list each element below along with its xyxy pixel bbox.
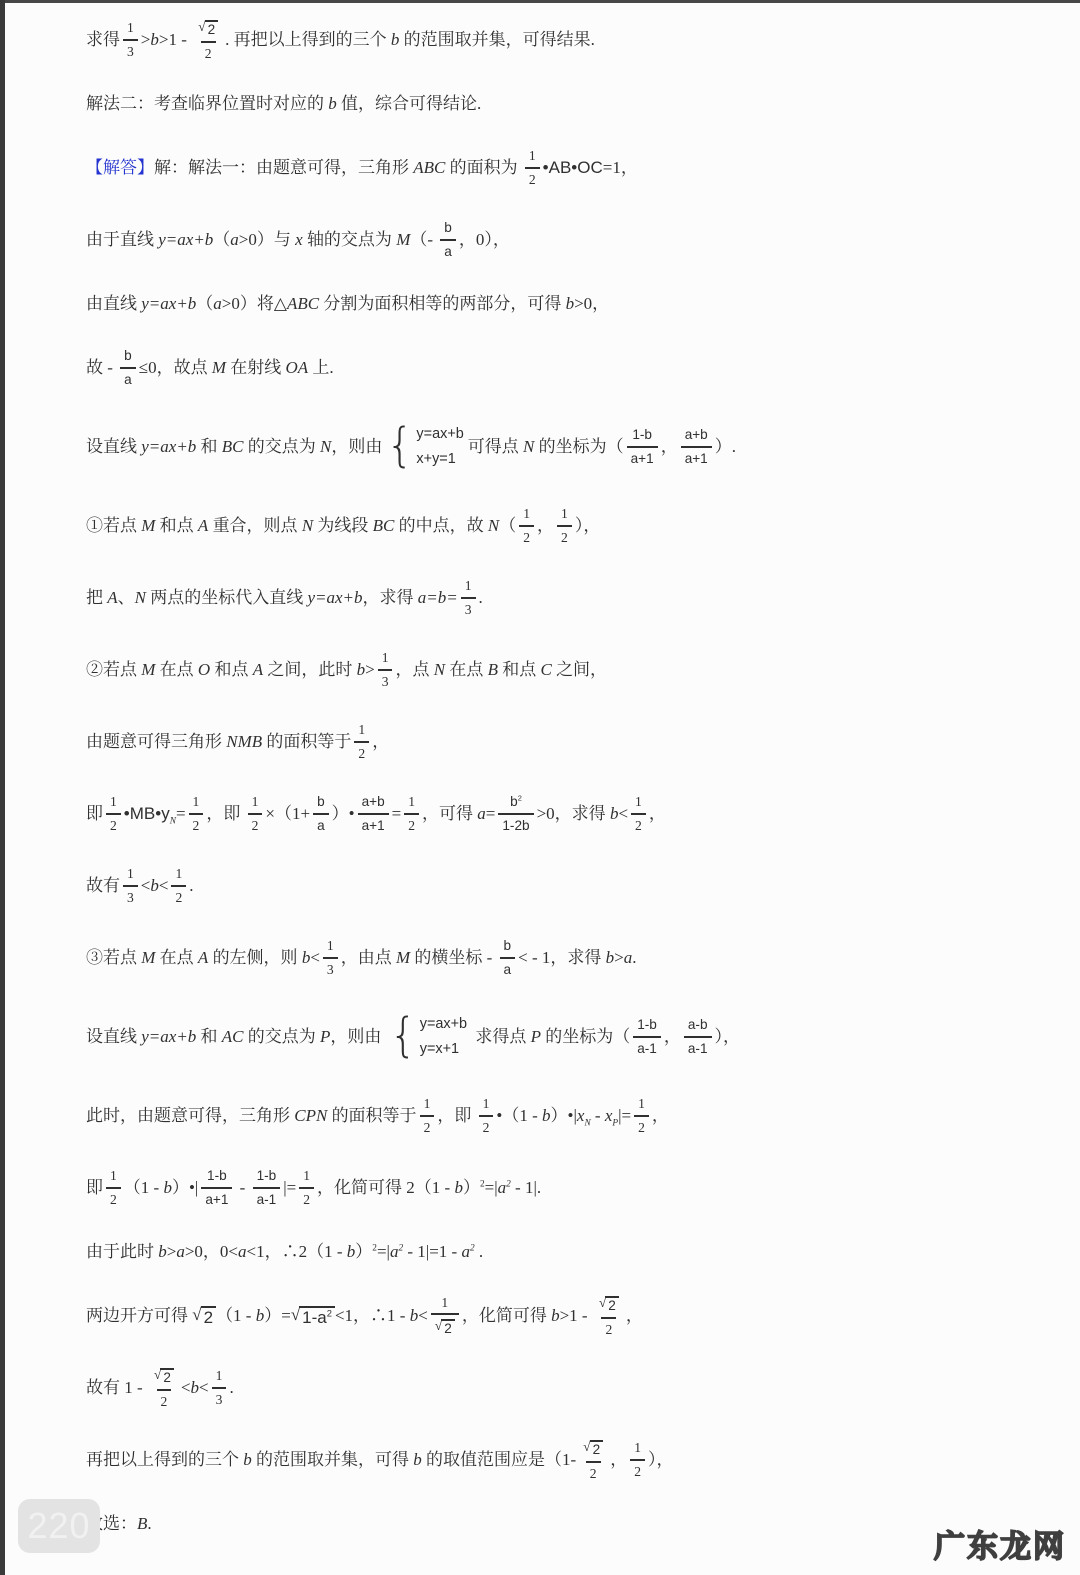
math-line-20: 故有 1 - √22<b<13. [0,1352,1080,1424]
math-line-14: ③若点 M 在点 A 的左侧，则 b<13，由点 M 的横坐标 - ba< - … [0,922,1080,994]
fraction: 13 [123,867,138,904]
math-line-17: 即12（1 - b）•|1-ba+1 - 1-ba-1|=12，化简可得 2（1… [0,1152,1080,1224]
fraction: 12 [106,1169,121,1206]
fraction: 12 [557,507,572,544]
fraction: 12 [106,795,121,832]
fraction: 13 [378,651,393,688]
equation-system: {y=ax+bx+y=1 [386,427,463,467]
fraction: 13 [123,21,138,58]
radical: √2 [599,1296,619,1313]
fraction: 12 [630,1441,645,1478]
radical: √2 [435,1319,455,1336]
math-line-12: 即12•MB•yN=12，即 12×（1+ba）•a+ba+1=12，可得 a=… [0,778,1080,850]
page-number-text: 220 [27,1505,90,1547]
math-line-7: 设直线 y=ax+b 和 BC 的交点为 N，则由{y=ax+bx+y=1可得点… [0,404,1080,490]
math-line-21: 再把以上得到的三个 b 的范围取并集，可得 b 的取值范围应是（1-√22，12… [0,1424,1080,1496]
fraction: √22 [194,20,222,61]
fraction: a+ba+1 [681,428,712,465]
fraction: 1-ba+1 [201,1169,232,1206]
fraction: 1-ba-1 [253,1169,281,1206]
fraction: √22 [579,1440,607,1481]
math-line-6: 故 - ba≤0，故点 M 在射线 OA 上. [0,332,1080,404]
math-line-5: 由直线 y=ax+b（a>0）将△ABC 分割为面积相等的两部分，可得 b>0， [0,276,1080,332]
fraction: 12 [479,1097,494,1134]
fraction: 1-ba-1 [633,1018,661,1055]
fraction: 12 [404,795,419,832]
math-line-13: 故有13<b<12. [0,850,1080,922]
fraction: 13 [461,579,476,616]
fraction: 12 [525,149,540,186]
math-line-19: 两边开方可得 √2（1 - b）=√1-a2<1，∴1 - b<1√2，化简可得… [0,1280,1080,1352]
fraction: 12 [634,1097,649,1134]
fraction: a+ba+1 [358,795,389,832]
fraction: 12 [189,795,204,832]
fraction: 13 [212,1369,227,1406]
math-line-9: 把 A、N 两点的坐标代入直线 y=ax+b，求得 a=b=13. [0,562,1080,634]
solution-document: 求得13>b>1 - √22. 再把以上得到的三个 b 的范围取并集，可得结果.… [0,4,1080,1552]
fraction: ba [440,221,456,258]
fraction: 12 [354,723,369,760]
equation-system: {y=ax+by=x+1 [390,1017,467,1057]
radical: √2 [198,20,218,37]
math-line-4: 由于直线 y=ax+b（a>0）与 x 轴的交点为 M（- ba，0）， [0,204,1080,276]
fraction: 12 [519,507,534,544]
math-line-18: 由于此时 b>a>0，0<a<1，∴2（1 - b）2=|a2 - 1|=1 -… [0,1224,1080,1280]
math-line-2: 解法二：考查临界位置时对应的 b 值，综合可得结论. [0,76,1080,132]
fraction: ba [500,939,516,976]
fraction: 1-ba+1 [627,428,658,465]
watermark-text: 广东龙网 [934,1529,1066,1564]
fraction: 12 [299,1169,314,1206]
math-line-10: ②若点 M 在点 O 和点 A 之间，此时 b>13，点 N 在点 B 和点 C… [0,634,1080,706]
fraction: √22 [595,1296,623,1337]
fraction: √22 [150,1368,178,1409]
radical: √2 [583,1440,603,1457]
fraction: 12 [248,795,263,832]
fraction: 1√2 [431,1296,459,1337]
math-line-22: 故选：B. [0,1496,1080,1552]
math-line-8: ①若点 M 和点 A 重合，则点 N 为线段 BC 的中点，故 N（12，12）… [0,490,1080,562]
fraction: 12 [631,795,646,832]
radical: √2 [154,1368,174,1385]
fraction: ba [120,349,136,386]
math-line-11: 由题意可得三角形 NMB 的面积等于12， [0,706,1080,778]
watermark: 广东龙网 [934,1521,1066,1566]
fraction: 12 [420,1097,435,1134]
page-number-badge: 220 [18,1499,100,1553]
fraction: ba [313,795,329,832]
fraction: 12 [171,867,186,904]
fraction: a-ba-1 [684,1018,712,1055]
math-line-3: 【解答】解：解法一：由题意可得，三角形 ABC 的面积为 12•AB•OC=1， [0,132,1080,204]
math-line-16: 此时，由题意可得，三角形 CPN 的面积等于12，即 12•（1 - b）•|x… [0,1080,1080,1152]
top-border [0,0,1080,3]
radical: √1-a2 [291,1306,335,1327]
math-line-15: 设直线 y=ax+b 和 AC 的交点为 P，则由 {y=ax+by=x+1 求… [0,994,1080,1080]
fraction: 13 [323,939,338,976]
fraction: b21-2b [498,795,533,832]
radical: √2 [192,1306,216,1327]
math-line-1: 求得13>b>1 - √22. 再把以上得到的三个 b 的范围取并集，可得结果. [0,4,1080,76]
